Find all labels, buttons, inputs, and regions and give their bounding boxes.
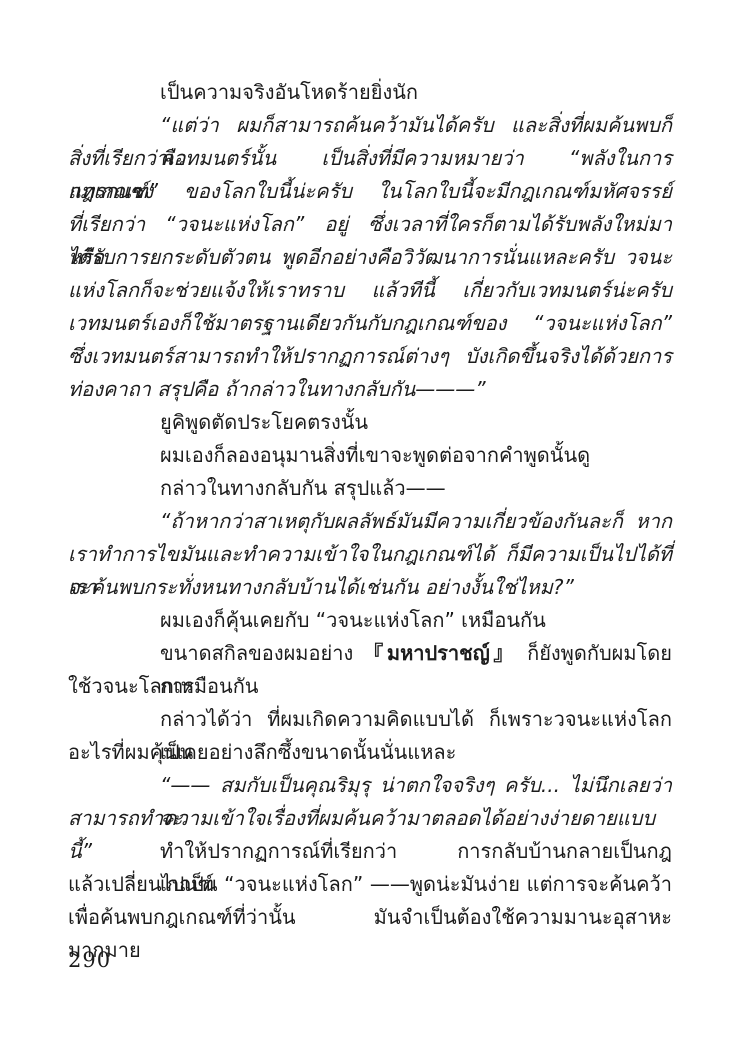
- text-segment: ขนาดสกิลของผมอย่าง: [160, 641, 363, 665]
- paragraph-line: แห่งโลกก็จะช่วยแจ้งให้เราทราบ แล้วทีนี้ …: [68, 274, 672, 307]
- paragraph-line: จะค้นพบกระทั่งหนทางกลับบ้านได้เช่นกัน อย…: [68, 571, 672, 604]
- paragraph-line: อะไรที่ผมคุ้นเคยอย่างลึกซึ้งขนาดนั้นนั่น…: [68, 736, 672, 769]
- skill-name: 『มหาปราชญ์』: [363, 641, 517, 665]
- paragraph-line: ขนาดสกิลของผมอย่าง 『มหาปราชญ์』 ก็ยังพูดก…: [68, 637, 672, 670]
- paragraph-line: “—— สมกับเป็นคุณริมุรุ น่าตกใจจริงๆ ครับ…: [68, 769, 672, 802]
- paragraph-line: กฎเกณฑ์” ของโลกใบนี้น่ะครับ ในโลกใบนี้จะ…: [68, 175, 672, 208]
- paragraph-line: ซึ่งเวทมนตร์สามารถทำให้ปรากฏการณ์ต่างๆ บ…: [68, 340, 672, 373]
- paragraph-line: เป็นความจริงอันโหดร้ายยิ่งนัก: [68, 76, 672, 109]
- paragraph-line: เพื่อค้นพบกฎเกณฑ์ที่ว่านั้น มันจำเป็นต้อ…: [68, 901, 672, 934]
- paragraph-line: ผมเองก็คุ้นเคยกับ “วจนะแห่งโลก” เหมือนกั…: [68, 604, 672, 637]
- paragraph-line: เราทำการไขมันและทำความเข้าใจในกฎเกณฑ์ได้…: [68, 538, 672, 571]
- page-text-block: เป็นความจริงอันโหดร้ายยิ่งนัก “แต่ว่า ผม…: [68, 76, 672, 934]
- paragraph-line: สิ่งที่เรียกว่าเวทมนตร์นั้น เป็นสิ่งที่ม…: [68, 142, 672, 175]
- paragraph-line: ยูคิพูดตัดประโยคตรงนั้น: [68, 406, 672, 439]
- paragraph-line: “แต่ว่า ผมก็สามารถค้นคว้ามันได้ครับ และส…: [68, 109, 672, 142]
- paragraph-line: ผมเองก็ลองอนุมานสิ่งที่เขาจะพูดต่อจากคำพ…: [68, 439, 672, 472]
- paragraph-line: แล้วเปลี่ยนไปเป็น “วจนะแห่งโลก” ——พูดน่ะ…: [68, 868, 672, 901]
- paragraph-line: สามารถทำความเข้าใจเรื่องที่ผมค้นคว้ามาตล…: [68, 802, 672, 835]
- page-number: 290: [68, 948, 111, 972]
- paragraph-line: กล่าวในทางกลับกัน สรุปแล้ว——: [68, 472, 672, 505]
- book-page: เป็นความจริงอันโหดร้ายยิ่งนัก “แต่ว่า ผม…: [0, 0, 738, 1051]
- paragraph-line: “ถ้าหากว่าสาเหตุกับผลลัพธ์มันมีความเกี่ย…: [68, 505, 672, 538]
- paragraph-line: ใช้วจนะโลกเหมือนกัน: [68, 670, 672, 703]
- paragraph-line: ที่เรียกว่า “วจนะแห่งโลก” อยู่ ซึ่งเวลาท…: [68, 208, 672, 241]
- paragraph-line: ท่องคาถา สรุปคือ ถ้ากล่าวในทางกลับกัน———…: [68, 373, 672, 406]
- paragraph-line: กล่าวได้ว่า ที่ผมเกิดความคิดแบบได้ ก็เพร…: [68, 703, 672, 736]
- paragraph-line: เวทมนตร์เองก็ใช้มาตรฐานเดียวกันกับกฎเกณฑ…: [68, 307, 672, 340]
- paragraph-line: ทำให้ปรากฏการณ์ที่เรียกว่า การกลับบ้านกล…: [68, 835, 672, 868]
- paragraph-line: ได้รับการยกระดับตัวตน พูดอีกอย่างคือวิวั…: [68, 241, 672, 274]
